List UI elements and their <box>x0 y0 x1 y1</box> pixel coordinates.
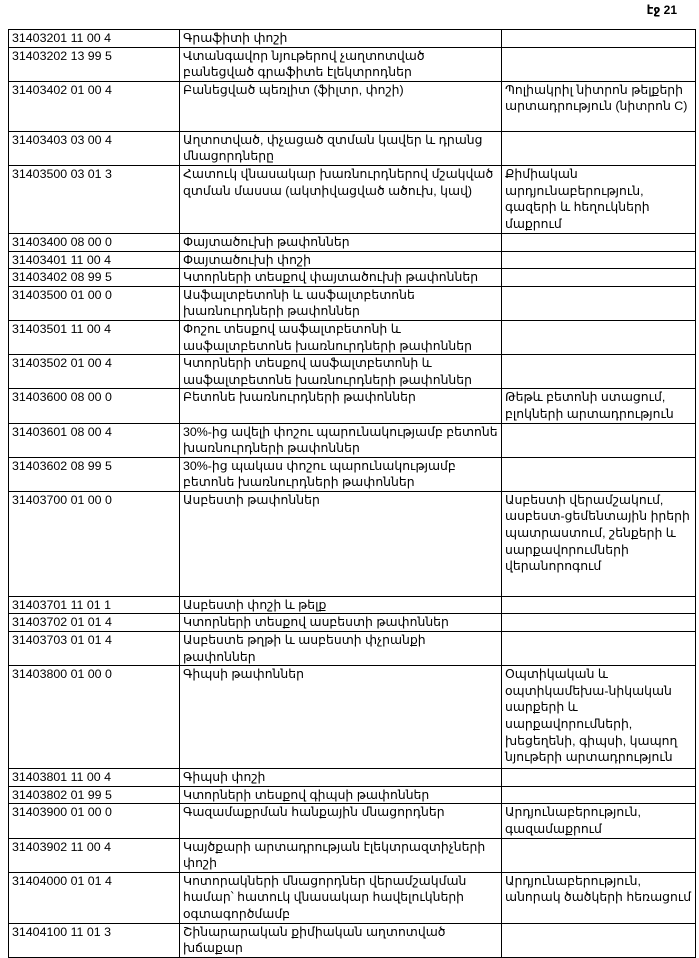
waste-source-cell <box>502 632 696 666</box>
table-row: 31404000 01 01 4Կոտորակների մնացորդներ վ… <box>9 872 696 923</box>
waste-name-cell: Ասֆալտբետոնի և ասֆալտբետոնե խառնուրդների… <box>180 286 502 320</box>
waste-name-cell: Հատուկ վնասակար խառնուրդներով մշակված զտ… <box>180 165 502 233</box>
waste-name-cell: 30%-ից պակաս փոշու պարունակությամբ բետոն… <box>180 457 502 491</box>
waste-code-cell: 31404100 11 01 3 <box>9 923 180 957</box>
waste-name-cell: Ասբեստի փոշի և թելք <box>180 596 502 614</box>
table-row: 31403701 11 01 1Ասբեստի փոշի և թելք <box>9 596 696 614</box>
waste-name-cell: Կտորների տեսքով գիպսի թափոններ <box>180 786 502 804</box>
waste-source-cell <box>502 269 696 287</box>
waste-name-cell: Կայծքարի արտադրության էլեկտրազտիչների փո… <box>180 838 502 872</box>
table-row: 31403500 03 01 3Հատուկ վնասակար խառնուրդ… <box>9 165 696 233</box>
table-row: 31403801 11 00 4Գիպսի փոշի <box>9 769 696 787</box>
table-row: 31403502 01 00 4Կտորների տեսքով ասֆալտբե… <box>9 355 696 389</box>
waste-source-cell <box>502 355 696 389</box>
waste-name-cell: Վտանգավոր նյութերով չաղտոտված բանեցված գ… <box>180 47 502 81</box>
table-row: 31403601 08 00 430%-ից ավելի փոշու պարու… <box>9 423 696 457</box>
table-row: 31403902 11 00 4Կայծքարի արտադրության էլ… <box>9 838 696 872</box>
table-row: 31403602 08 99 530%-ից պակաս փոշու պարու… <box>9 457 696 491</box>
table-row: 31403600 08 00 0Բետոնե խառնուրդների թափո… <box>9 389 696 423</box>
table-row: 31403402 08 99 5Կտորների տեսքով փայտածու… <box>9 269 696 287</box>
waste-code-cell: 31403902 11 00 4 <box>9 838 180 872</box>
waste-classification-table: 31403201 11 00 4Գրաֆիտի փոշի31403202 13 … <box>8 29 696 958</box>
table-row: 31403500 01 00 0Ասֆալտբետոնի և ասֆալտբետ… <box>9 286 696 320</box>
waste-source-cell <box>502 786 696 804</box>
waste-code-cell: 31403602 08 99 5 <box>9 457 180 491</box>
table-row: 31403703 01 01 4Ասբեստե թղթի և ասբեստի փ… <box>9 632 696 666</box>
waste-name-cell: Շինարարական քիմիական աղտոտված խճաքար <box>180 923 502 957</box>
waste-source-cell <box>502 131 696 165</box>
waste-source-cell: Արդյունաբերություն, գազամաքրում <box>502 804 696 838</box>
table-row: 31403802 01 99 5Կտորների տեսքով գիպսի թա… <box>9 786 696 804</box>
waste-code-cell: 31403502 01 00 4 <box>9 355 180 389</box>
waste-source-cell <box>502 423 696 457</box>
waste-name-cell: Աղտոտված, փչացած զտման կավեր և դրանց մնա… <box>180 131 502 165</box>
waste-name-cell: Բետոնե խառնուրդների թափոններ <box>180 389 502 423</box>
waste-name-cell: 30%-ից ավելի փոշու պարունակությամբ բետոն… <box>180 423 502 457</box>
table-row: 31403900 01 00 0Գազամաքրման հանքային մնա… <box>9 804 696 838</box>
waste-name-cell: Ասբեստի թափոններ <box>180 491 502 596</box>
waste-source-cell <box>502 457 696 491</box>
table-row: 31403700 01 00 0Ասբեստի թափոններԱսբեստի … <box>9 491 696 596</box>
waste-name-cell: Փոշու տեսքով ասֆալտբետոնի և ասֆալտբետոնե… <box>180 320 502 354</box>
waste-code-cell: 31403501 11 00 4 <box>9 320 180 354</box>
waste-source-cell <box>502 30 696 48</box>
table-row: 31403201 11 00 4Գրաֆիտի փոշի <box>9 30 696 48</box>
table-row: 31403401 11 00 4Փայտածուխի փոշի <box>9 251 696 269</box>
page-number: էջ 21 <box>647 3 677 17</box>
waste-code-cell: 31403500 01 00 0 <box>9 286 180 320</box>
waste-source-cell <box>502 838 696 872</box>
waste-source-cell <box>502 923 696 957</box>
waste-code-cell: 31404000 01 01 4 <box>9 872 180 923</box>
waste-code-cell: 31403202 13 99 5 <box>9 47 180 81</box>
waste-code-cell: 31403402 01 00 4 <box>9 81 180 131</box>
table-row: 31403800 01 00 0Գիպսի թափոններՕպտիկական … <box>9 666 696 769</box>
waste-name-cell: Բանեցված պեռլիտ (ֆիլտր, փոշի) <box>180 81 502 131</box>
waste-name-cell: Կոտորակների մնացորդներ վերամշակման համար… <box>180 872 502 923</box>
waste-name-cell: Ասբեստե թղթի և ասբեստի փչրանքի թափոններ <box>180 632 502 666</box>
waste-source-cell <box>502 614 696 632</box>
waste-code-cell: 31403800 01 00 0 <box>9 666 180 769</box>
waste-name-cell: Գիպսի փոշի <box>180 769 502 787</box>
waste-code-cell: 31403802 01 99 5 <box>9 786 180 804</box>
waste-source-cell: Ասբեստի վերամշակում, ասբեստ-ցեմենտային ի… <box>502 491 696 596</box>
waste-code-cell: 31403401 11 00 4 <box>9 251 180 269</box>
waste-source-cell <box>502 233 696 251</box>
waste-source-cell <box>502 769 696 787</box>
waste-name-cell: Փայտածուխի փոշի <box>180 251 502 269</box>
waste-source-cell: Թեթև բետոնի ստացում, բլոկների արտադրությ… <box>502 389 696 423</box>
table-row: 31404100 11 01 3Շինարարական քիմիական աղտ… <box>9 923 696 957</box>
waste-name-cell: Կտորների տեսքով ասբեստի թափոններ <box>180 614 502 632</box>
waste-source-cell: Օպտիկական և օպտիկամեխա-նիկական սարքերի և… <box>502 666 696 769</box>
waste-source-cell <box>502 286 696 320</box>
waste-source-cell <box>502 596 696 614</box>
waste-source-cell: Արդյունաբերություն, անորակ ծածկերի հեռաց… <box>502 872 696 923</box>
table-row: 31403202 13 99 5Վտանգավոր նյութերով չաղտ… <box>9 47 696 81</box>
waste-name-cell: Գազամաքրման հանքային մնացորդներ <box>180 804 502 838</box>
waste-code-cell: 31403801 11 00 4 <box>9 769 180 787</box>
waste-name-cell: Գրաֆիտի փոշի <box>180 30 502 48</box>
waste-code-cell: 31403701 11 01 1 <box>9 596 180 614</box>
table-row: 31403402 01 00 4Բանեցված պեռլիտ (ֆիլտր, … <box>9 81 696 131</box>
waste-source-cell: Պոլիակրիլ նիտրոն թելքերի արտադրություն (… <box>502 81 696 131</box>
waste-code-cell: 31403402 08 99 5 <box>9 269 180 287</box>
waste-source-cell <box>502 47 696 81</box>
waste-code-cell: 31403601 08 00 4 <box>9 423 180 457</box>
table-row: 31403403 03 00 4Աղտոտված, փչացած զտման կ… <box>9 131 696 165</box>
waste-code-cell: 31403600 08 00 0 <box>9 389 180 423</box>
table-row: 31403702 01 01 4Կտորների տեսքով ասբեստի … <box>9 614 696 632</box>
waste-name-cell: Գիպսի թափոններ <box>180 666 502 769</box>
table-row: 31403400 08 00 0Փայտածուխի թափոններ <box>9 233 696 251</box>
waste-name-cell: Կտորների տեսքով փայտածուխի թափոններ <box>180 269 502 287</box>
table-row: 31403501 11 00 4Փոշու տեսքով ասֆալտբետոն… <box>9 320 696 354</box>
waste-code-cell: 31403900 01 00 0 <box>9 804 180 838</box>
waste-code-cell: 31403700 01 00 0 <box>9 491 180 596</box>
waste-code-cell: 31403400 08 00 0 <box>9 233 180 251</box>
waste-source-cell <box>502 320 696 354</box>
waste-name-cell: Փայտածուխի թափոններ <box>180 233 502 251</box>
waste-code-cell: 31403703 01 01 4 <box>9 632 180 666</box>
waste-code-cell: 31403500 03 01 3 <box>9 165 180 233</box>
waste-source-cell: Քիմիական արդյունաբերություն, գազերի և հե… <box>502 165 696 233</box>
waste-code-cell: 31403702 01 01 4 <box>9 614 180 632</box>
waste-source-cell <box>502 251 696 269</box>
table-body: 31403201 11 00 4Գրաֆիտի փոշի31403202 13 … <box>9 30 696 958</box>
waste-name-cell: Կտորների տեսքով ասֆալտբետոնի և ասֆալտբետ… <box>180 355 502 389</box>
waste-code-cell: 31403403 03 00 4 <box>9 131 180 165</box>
waste-code-cell: 31403201 11 00 4 <box>9 30 180 48</box>
